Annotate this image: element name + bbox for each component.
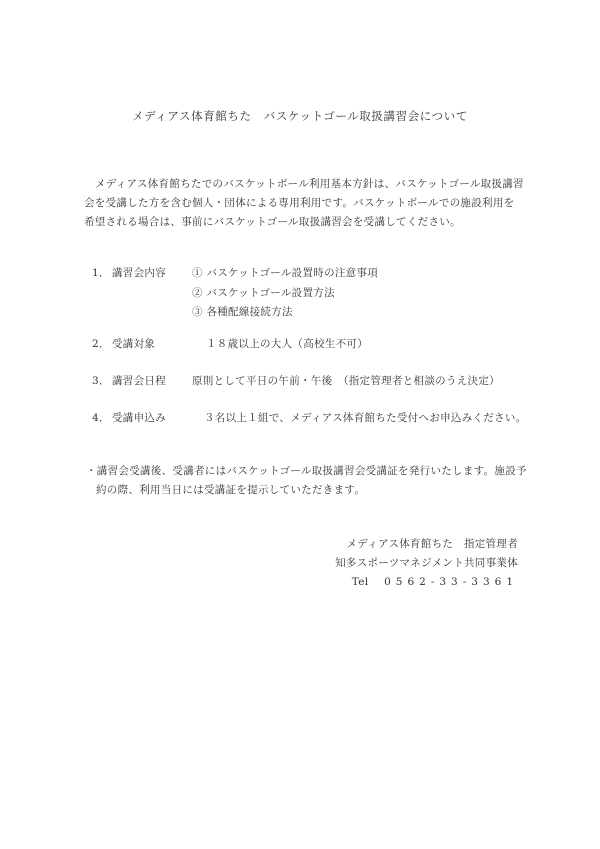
course-content-list: ① バスケットゴール設置時の注意事項 ② バスケットゴール設置方法 ③ 各種配線… <box>192 264 378 323</box>
document-page: メディアス体育館ちた バスケットゴール取扱講習会について メディアス体育館ちたで… <box>0 0 600 849</box>
item-label: 講習会内容 <box>112 264 192 283</box>
item-schedule: 3．講習会日程原則として平日の午前・午後 （指定管理者と相談のうえ決定） <box>92 372 500 391</box>
sub-item: ① バスケットゴール設置時の注意事項 <box>192 264 378 284</box>
item-label: 受講対象 <box>112 335 192 354</box>
tel-number: 0562-33-3361 <box>384 576 518 588</box>
item-label: 受講申込み <box>112 409 192 428</box>
item-value: １８歳以上の大人（高校生不可） <box>192 335 368 354</box>
item-number: 1． <box>92 264 112 283</box>
item-course-content: 1．講習会内容 <box>92 264 192 283</box>
item-value: 原則として平日の午前・午後 （指定管理者と相談のうえ決定） <box>192 372 500 391</box>
signature-tel: Tel 0562-33-3361 <box>335 573 518 592</box>
sub-item: ② バスケットゴール設置方法 <box>192 284 378 304</box>
signature-block: メディアス体育館ちた 指定管理者 知多スポーツマネジメント共同事業体 Tel 0… <box>335 535 518 592</box>
intro-text: メディアス体育館ちたでのバスケットボール利用基本方針は、バスケットゴール取扱講習… <box>84 175 524 232</box>
item-eligibility: 2．受講対象１８歳以上の大人（高校生不可） <box>92 335 368 354</box>
item-number: 3． <box>92 372 112 391</box>
tel-label: Tel <box>352 576 369 588</box>
item-number: 2． <box>92 335 112 354</box>
signature-line-1: メディアス体育館ちた 指定管理者 <box>335 535 518 554</box>
sub-item: ③ 各種配線接続方法 <box>192 303 378 323</box>
document-title: メディアス体育館ちた バスケットゴール取扱講習会について <box>0 108 600 124</box>
signature-line-2: 知多スポーツマネジメント共同事業体 <box>335 554 518 573</box>
intro-paragraph: メディアス体育館ちたでのバスケットボール利用基本方針は、バスケットゴール取扱講習… <box>84 175 524 232</box>
note-paragraph: ・講習会受講後、受講者にはバスケットゴール取扱講習会受講証を発行いたします。施設… <box>86 462 536 500</box>
item-application: 4．受講申込み３名以上１組で、メディアス体育館ちた受付へお申込みください。 <box>92 409 527 428</box>
item-value: ３名以上１組で、メディアス体育館ちた受付へお申込みください。 <box>192 409 527 428</box>
item-number: 4． <box>92 409 112 428</box>
item-label: 講習会日程 <box>112 372 192 391</box>
